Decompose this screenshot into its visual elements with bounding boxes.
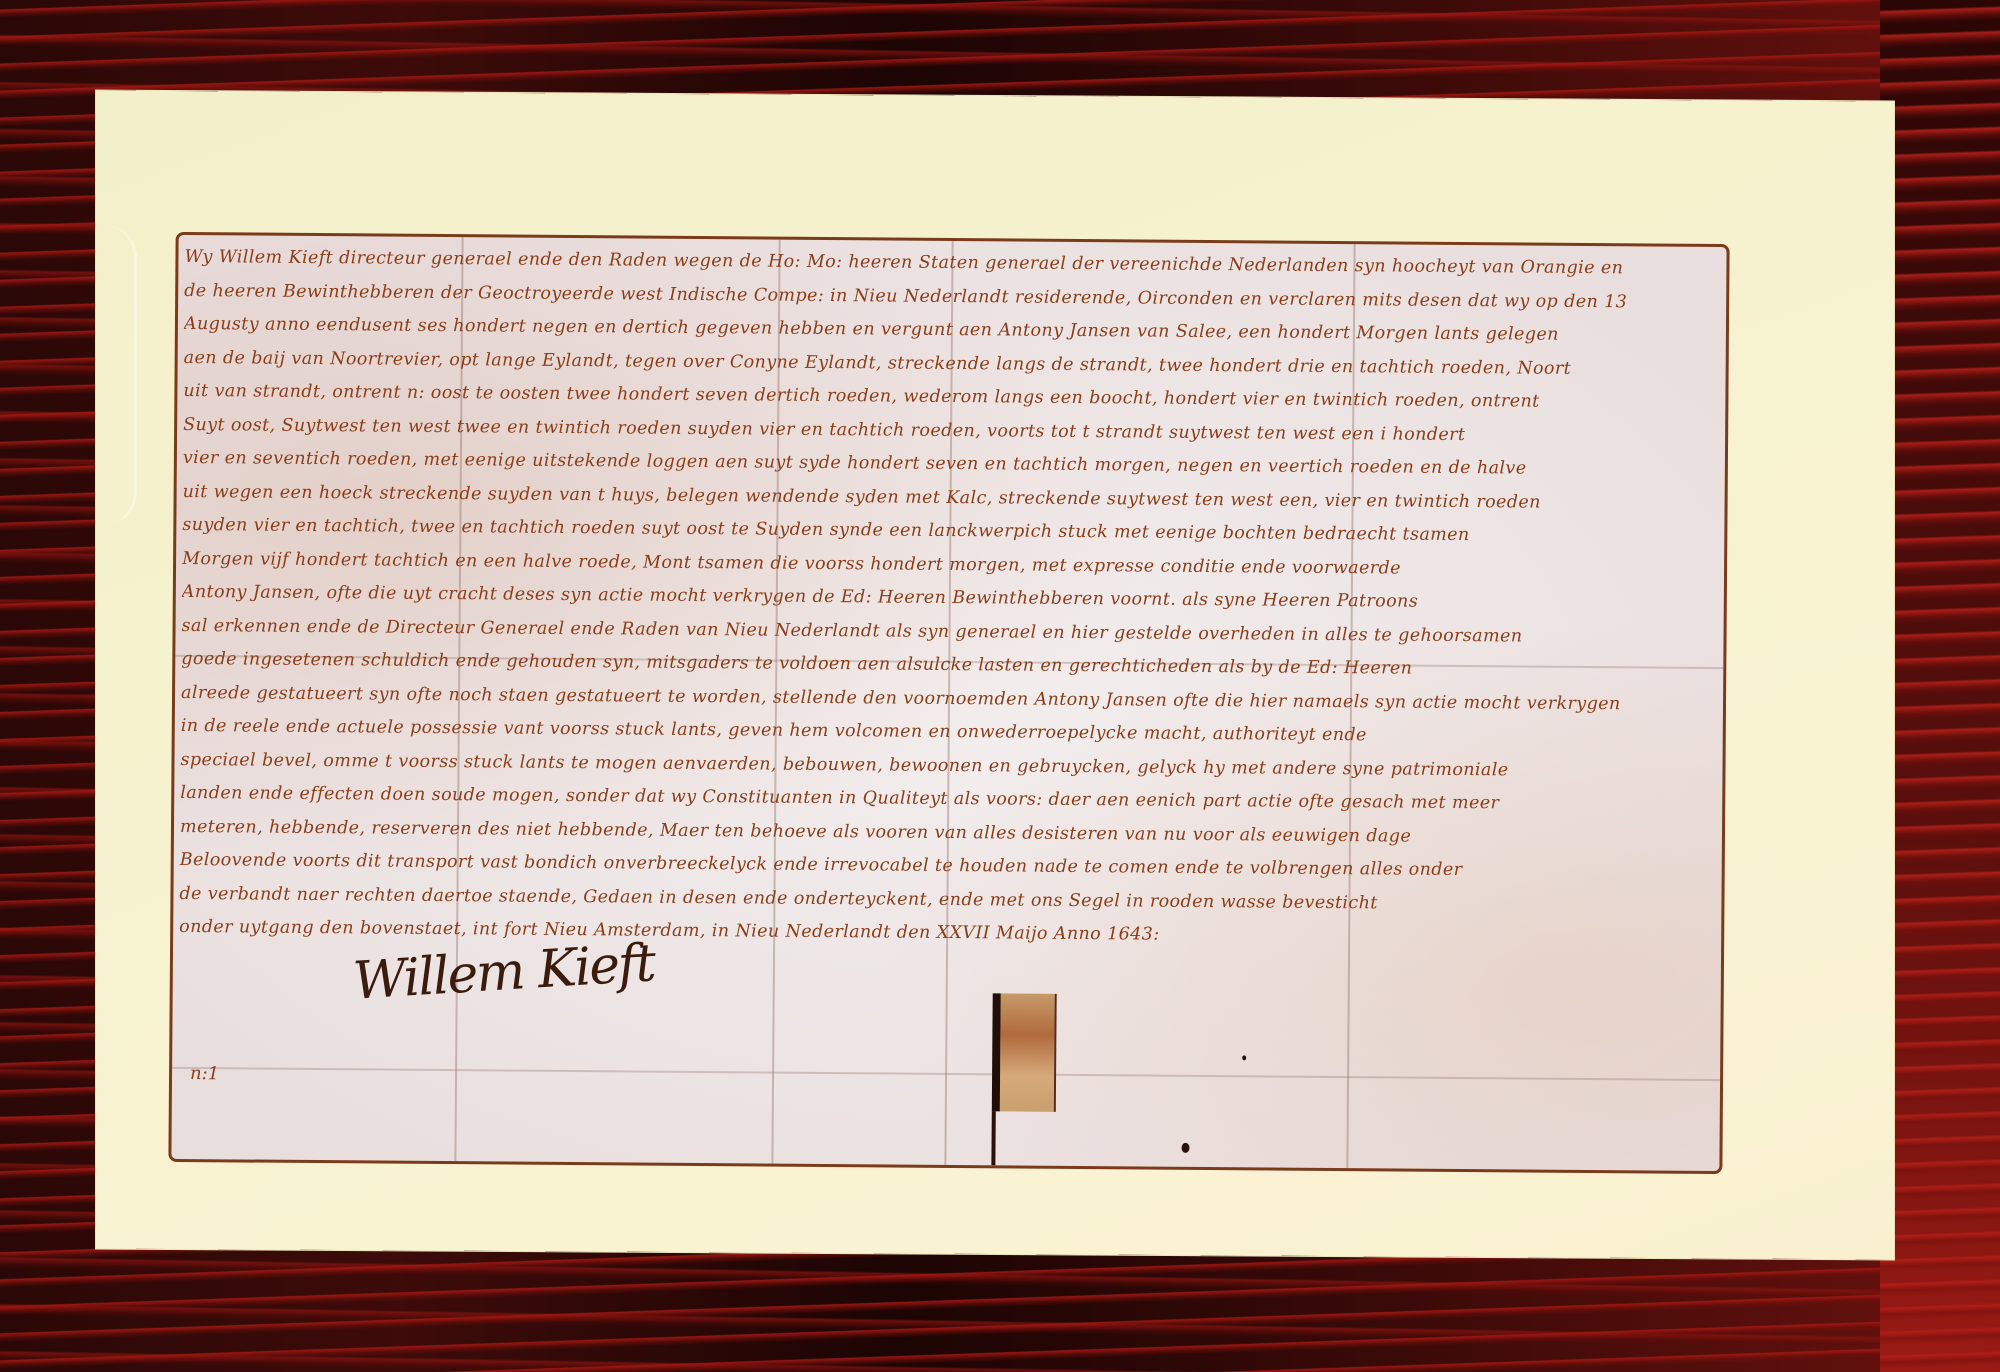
seal-tab <box>992 993 1057 1111</box>
backing-board-crease <box>104 225 137 525</box>
corner-annotation: n:1 <box>190 1063 219 1084</box>
ink-spot <box>1181 1143 1189 1153</box>
ink-spot <box>1242 1055 1246 1060</box>
seal-slit <box>991 1111 995 1165</box>
handwritten-text: Wy Willem Kieft directeur generael ende … <box>179 241 1714 956</box>
wood-table-right-edge <box>1880 0 2000 1372</box>
parchment-document: Wy Willem Kieft directeur generael ende … <box>168 232 1729 1174</box>
